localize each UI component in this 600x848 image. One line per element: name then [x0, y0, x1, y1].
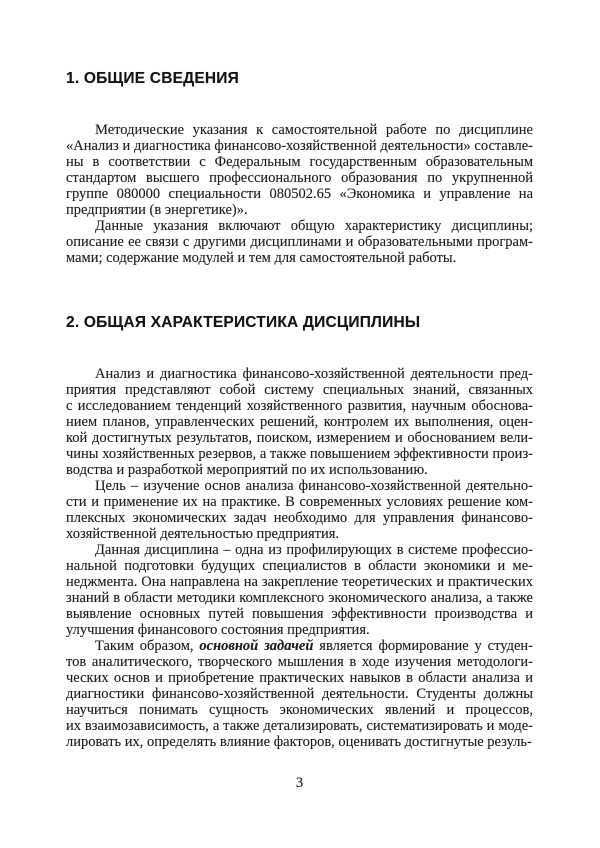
paragraph: Цель – изучение основ анализа финансово-… — [66, 478, 533, 542]
text-line: нием планов, управленческих решений, кон… — [66, 414, 533, 430]
text-line: описание ее связи с другими дисциплинами… — [66, 234, 533, 250]
text-line: «Анализ и диагностика финансово-хозяйств… — [66, 138, 533, 154]
text-line: чины хозяйственных резервов, а также пов… — [66, 446, 533, 462]
text-line: водства и разработкой мероприятий по их … — [66, 462, 533, 478]
text-line: Данные указания включают общую характери… — [66, 218, 533, 234]
text-line: знаний в области методики комплексного э… — [66, 590, 533, 606]
section-heading: 1. ОБЩИЕ СВЕДЕНИЯ — [66, 70, 533, 88]
document-content: 1. ОБЩИЕ СВЕДЕНИЯМетодические указания к… — [66, 70, 533, 750]
text-line: Методические указания к самостоятельной … — [66, 122, 533, 138]
text-line: ческих основ и приобретение практических… — [66, 670, 533, 686]
section-heading: 2. ОБЩАЯ ХАРАКТЕРИСТИКА ДИСЦИПЛИНЫ — [66, 314, 533, 332]
document-page: 1. ОБЩИЕ СВЕДЕНИЯМетодические указания к… — [0, 0, 600, 848]
text-line: мами; содержание модулей и тем для самос… — [66, 250, 533, 266]
text-line: тов аналитического, творческого мышления… — [66, 654, 533, 670]
text-line: научиться понимать сущность экономически… — [66, 702, 533, 718]
paragraph: Методические указания к самостоятельной … — [66, 122, 533, 218]
paragraph: Данная дисциплина – одна из профилирующи… — [66, 542, 533, 638]
text-line: Таким образом, основной задачей является… — [66, 638, 533, 654]
text-line: Анализ и диагностика финансово-хозяйстве… — [66, 366, 533, 382]
text-line: нальной подготовки будущих специалистов … — [66, 558, 533, 574]
text-line: предприятии (в энергетике)». — [66, 202, 533, 218]
text-line: диагностики финансово-хозяйственной деят… — [66, 686, 533, 702]
text-line: сти и применение их на практике. В совре… — [66, 494, 533, 510]
emphasized-text: основной задачей — [199, 638, 313, 654]
text-line: Данная дисциплина – одна из профилирующи… — [66, 542, 533, 558]
text-line: плексных экономических задач необходимо … — [66, 510, 533, 526]
text-line: кой достигнутых результатов, поиском, из… — [66, 430, 533, 446]
text-line: их взаимозависимость, а также детализиро… — [66, 718, 533, 734]
text-line: хозяйственной деятельностью предприятия. — [66, 526, 533, 542]
text-line: улучшения финансового состояния предприя… — [66, 622, 533, 638]
text-line: группе 080000 специальности 080502.65 «Э… — [66, 186, 533, 202]
paragraph: Таким образом, основной задачей является… — [66, 638, 533, 750]
text-line: выявление основных путей повышения эффек… — [66, 606, 533, 622]
text-line: ны в соответствии с Федеральным государс… — [66, 154, 533, 170]
text-line: Цель – изучение основ анализа финансово-… — [66, 478, 533, 494]
text-line: приятия представляют собой систему специ… — [66, 382, 533, 398]
paragraph: Анализ и диагностика финансово-хозяйстве… — [66, 366, 533, 478]
paragraph: Данные указания включают общую характери… — [66, 218, 533, 266]
text-line: стандартом высшего профессионального обр… — [66, 170, 533, 186]
text-line: лировать их, определять влияние факторов… — [66, 734, 533, 750]
text-line: неджмента. Она направлена на закрепление… — [66, 574, 533, 590]
text-line: с исследованием тенденций хозяйственного… — [66, 398, 533, 414]
page-number: 3 — [66, 775, 533, 792]
